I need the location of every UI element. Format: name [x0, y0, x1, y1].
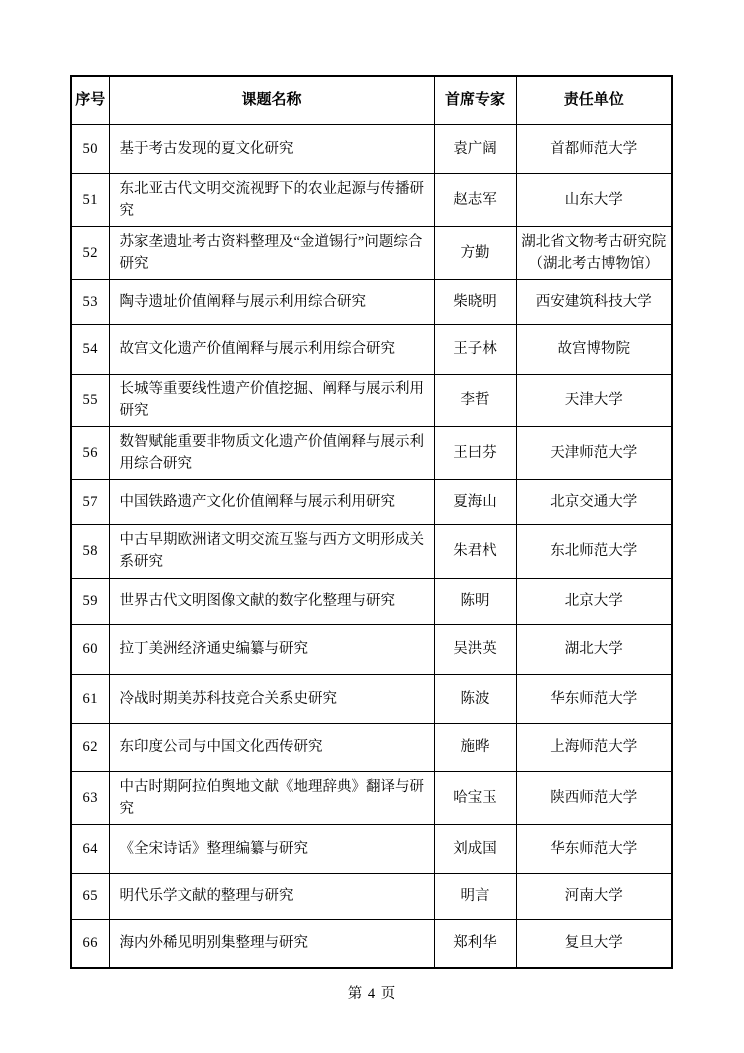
expert-cell: 朱君杙: [434, 524, 516, 578]
table-row: 63中古时期阿拉伯舆地文献《地理辞典》翻译与研究哈宝玉陕西师范大学: [71, 771, 672, 824]
unit-cell: 东北师范大学: [516, 524, 672, 578]
unit-cell: 陕西师范大学: [516, 771, 672, 824]
unit-cell: 湖北省文物考古研究院（湖北考古博物馆）: [516, 226, 672, 279]
row-number-cell: 63: [71, 771, 109, 824]
topic-title-cell: 中古时期阿拉伯舆地文献《地理辞典》翻译与研究: [109, 771, 434, 824]
row-number-cell: 50: [71, 124, 109, 173]
unit-cell: 天津大学: [516, 374, 672, 426]
row-number-cell: 65: [71, 873, 109, 919]
topic-title-cell: 故宫文化遗产价值阐释与展示利用综合研究: [109, 324, 434, 374]
expert-cell: 方勤: [434, 226, 516, 279]
topic-title-cell: 东北亚古代文明交流视野下的农业起源与传播研究: [109, 173, 434, 226]
unit-cell: 天津师范大学: [516, 426, 672, 479]
row-number-cell: 61: [71, 674, 109, 723]
table-row: 59世界古代文明图像文献的数字化整理与研究陈明北京大学: [71, 578, 672, 624]
topic-title-cell: 明代乐学文献的整理与研究: [109, 873, 434, 919]
unit-cell: 北京交通大学: [516, 479, 672, 524]
unit-cell: 湖北大学: [516, 624, 672, 674]
row-number-cell: 56: [71, 426, 109, 479]
document-page: 序号 课题名称 首席专家 责任单位 50基于考古发现的夏文化研究袁广阔首都师范大…: [0, 0, 744, 1053]
row-number-cell: 54: [71, 324, 109, 374]
expert-cell: 郑利华: [434, 919, 516, 968]
table-row: 56数智赋能重要非物质文化遗产价值阐释与展示利用综合研究王曰芬天津师范大学: [71, 426, 672, 479]
expert-cell: 施晔: [434, 723, 516, 771]
row-number-cell: 57: [71, 479, 109, 524]
unit-cell: 河南大学: [516, 873, 672, 919]
expert-cell: 吴洪英: [434, 624, 516, 674]
unit-cell: 山东大学: [516, 173, 672, 226]
table-row: 64《全宋诗话》整理编纂与研究刘成国华东师范大学: [71, 824, 672, 873]
header-responsible-unit: 责任单位: [516, 76, 672, 124]
expert-cell: 赵志军: [434, 173, 516, 226]
unit-cell: 华东师范大学: [516, 824, 672, 873]
row-number-cell: 62: [71, 723, 109, 771]
unit-cell: 北京大学: [516, 578, 672, 624]
unit-cell: 首都师范大学: [516, 124, 672, 173]
topic-title-cell: 《全宋诗话》整理编纂与研究: [109, 824, 434, 873]
table-row: 50基于考古发现的夏文化研究袁广阔首都师范大学: [71, 124, 672, 173]
table-row: 61冷战时期美苏科技竞合关系史研究陈波华东师范大学: [71, 674, 672, 723]
table-row: 66海内外稀见明别集整理与研究郑利华复旦大学: [71, 919, 672, 968]
table-row: 55长城等重要线性遗产价值挖掘、阐释与展示利用研究李哲天津大学: [71, 374, 672, 426]
expert-cell: 夏海山: [434, 479, 516, 524]
expert-cell: 柴晓明: [434, 279, 516, 324]
expert-cell: 王曰芬: [434, 426, 516, 479]
expert-cell: 陈波: [434, 674, 516, 723]
topic-title-cell: 世界古代文明图像文献的数字化整理与研究: [109, 578, 434, 624]
row-number-cell: 66: [71, 919, 109, 968]
table-body: 50基于考古发现的夏文化研究袁广阔首都师范大学51东北亚古代文明交流视野下的农业…: [71, 124, 672, 968]
table-row: 65明代乐学文献的整理与研究明言河南大学: [71, 873, 672, 919]
header-serial-number: 序号: [71, 76, 109, 124]
topic-title-cell: 海内外稀见明别集整理与研究: [109, 919, 434, 968]
topic-title-cell: 数智赋能重要非物质文化遗产价值阐释与展示利用综合研究: [109, 426, 434, 479]
table-row: 51东北亚古代文明交流视野下的农业起源与传播研究赵志军山东大学: [71, 173, 672, 226]
table-row: 62东印度公司与中国文化西传研究施晔上海师范大学: [71, 723, 672, 771]
unit-cell: 华东师范大学: [516, 674, 672, 723]
topic-title-cell: 长城等重要线性遗产价值挖掘、阐释与展示利用研究: [109, 374, 434, 426]
unit-cell: 西安建筑科技大学: [516, 279, 672, 324]
row-number-cell: 60: [71, 624, 109, 674]
topic-title-cell: 苏家垄遗址考古资料整理及“金道锡行”问题综合研究: [109, 226, 434, 279]
topic-title-cell: 中古早期欧洲诸文明交流互鉴与西方文明形成关系研究: [109, 524, 434, 578]
expert-cell: 袁广阔: [434, 124, 516, 173]
topic-title-cell: 冷战时期美苏科技竞合关系史研究: [109, 674, 434, 723]
expert-cell: 陈明: [434, 578, 516, 624]
row-number-cell: 53: [71, 279, 109, 324]
topic-title-cell: 中国铁路遗产文化价值阐释与展示利用研究: [109, 479, 434, 524]
page-number: 第 4 页: [0, 982, 744, 1003]
unit-cell: 复旦大学: [516, 919, 672, 968]
table-row: 57中国铁路遗产文化价值阐释与展示利用研究夏海山北京交通大学: [71, 479, 672, 524]
row-number-cell: 58: [71, 524, 109, 578]
topic-title-cell: 拉丁美洲经济通史编纂与研究: [109, 624, 434, 674]
expert-cell: 明言: [434, 873, 516, 919]
table-row: 58中古早期欧洲诸文明交流互鉴与西方文明形成关系研究朱君杙东北师范大学: [71, 524, 672, 578]
table-row: 54故宫文化遗产价值阐释与展示利用综合研究王子林故宫博物院: [71, 324, 672, 374]
table-row: 60拉丁美洲经济通史编纂与研究吴洪英湖北大学: [71, 624, 672, 674]
row-number-cell: 52: [71, 226, 109, 279]
topic-title-cell: 基于考古发现的夏文化研究: [109, 124, 434, 173]
row-number-cell: 55: [71, 374, 109, 426]
row-number-cell: 59: [71, 578, 109, 624]
expert-cell: 李哲: [434, 374, 516, 426]
unit-cell: 故宫博物院: [516, 324, 672, 374]
topic-title-cell: 东印度公司与中国文化西传研究: [109, 723, 434, 771]
table-row: 53陶寺遗址价值阐释与展示利用综合研究柴晓明西安建筑科技大学: [71, 279, 672, 324]
table-row: 52苏家垄遗址考古资料整理及“金道锡行”问题综合研究方勤湖北省文物考古研究院（湖…: [71, 226, 672, 279]
unit-cell: 上海师范大学: [516, 723, 672, 771]
topic-title-cell: 陶寺遗址价值阐释与展示利用综合研究: [109, 279, 434, 324]
expert-cell: 哈宝玉: [434, 771, 516, 824]
header-chief-expert: 首席专家: [434, 76, 516, 124]
table-header-row: 序号 课题名称 首席专家 责任单位: [71, 76, 672, 124]
project-table: 序号 课题名称 首席专家 责任单位 50基于考古发现的夏文化研究袁广阔首都师范大…: [70, 75, 673, 969]
row-number-cell: 51: [71, 173, 109, 226]
expert-cell: 刘成国: [434, 824, 516, 873]
expert-cell: 王子林: [434, 324, 516, 374]
row-number-cell: 64: [71, 824, 109, 873]
header-topic-title: 课题名称: [109, 76, 434, 124]
